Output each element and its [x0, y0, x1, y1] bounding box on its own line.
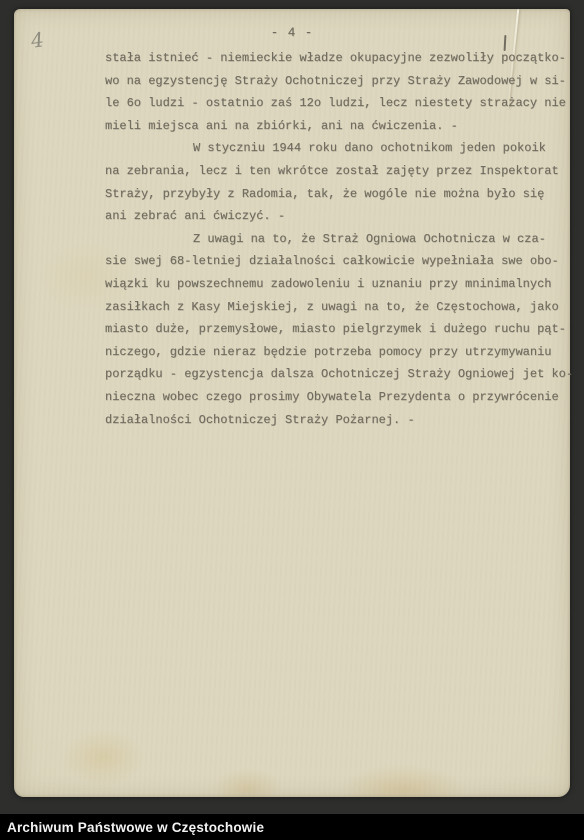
- typed-line: wo na egzystencję Straży Ochotniczej prz…: [105, 70, 579, 93]
- typed-page-number-header: - 4 -: [14, 26, 570, 40]
- archive-footer-bar: Archiwum Państwowe w Częstochowie: [0, 814, 584, 840]
- typed-line: sie swej 68-letniej działalności całkowi…: [105, 250, 579, 273]
- typed-line: na zebrania, lecz i ten wkrótce został z…: [105, 160, 579, 183]
- typed-line: wiązki ku powszechnemu zadowoleniu i uzn…: [105, 273, 579, 296]
- typed-line: mieli miejsca ani na zbiórki, ani na ćwi…: [105, 115, 579, 138]
- typed-text-block: stała istnieć - niemieckie władze okupac…: [105, 47, 579, 431]
- typed-line: nieczna wobec czego prosimy Obywatela Pr…: [105, 386, 579, 409]
- typed-line: miasto duże, przemysłowe, miasto pielgrz…: [105, 318, 579, 341]
- typed-line: zasiłkach z Kasy Miejskiej, z uwagi na t…: [105, 296, 579, 319]
- typed-line: ani zebrać ani ćwiczyć. -: [105, 205, 579, 228]
- typed-line: Z uwagi na to, że Straż Ogniowa Ochotnic…: [105, 228, 579, 251]
- typed-line: porządku - egzystencja dalsza Ochotnicze…: [105, 363, 579, 386]
- document-page-scan: 4 - 4 - stała istnieć - niemieckie władz…: [14, 9, 570, 797]
- typed-line: W styczniu 1944 roku dano ochotnikom jed…: [105, 137, 579, 160]
- archive-name-label: Archiwum Państwowe w Częstochowie: [0, 820, 264, 835]
- typed-line: le 6o ludzi - ostatnio zaś 12o ludzi, le…: [105, 92, 579, 115]
- typed-line: stała istnieć - niemieckie władze okupac…: [105, 47, 579, 70]
- typed-line: niczego, gdzie nieraz będzie potrzeba po…: [105, 341, 579, 364]
- scan-viewer-background: 4 - 4 - stała istnieć - niemieckie władz…: [0, 0, 584, 840]
- typed-line: Straży, przybyły z Radomia, tak, że wogó…: [105, 183, 579, 206]
- typed-line: działalności Ochotniczej Straży Pożarnej…: [105, 409, 579, 432]
